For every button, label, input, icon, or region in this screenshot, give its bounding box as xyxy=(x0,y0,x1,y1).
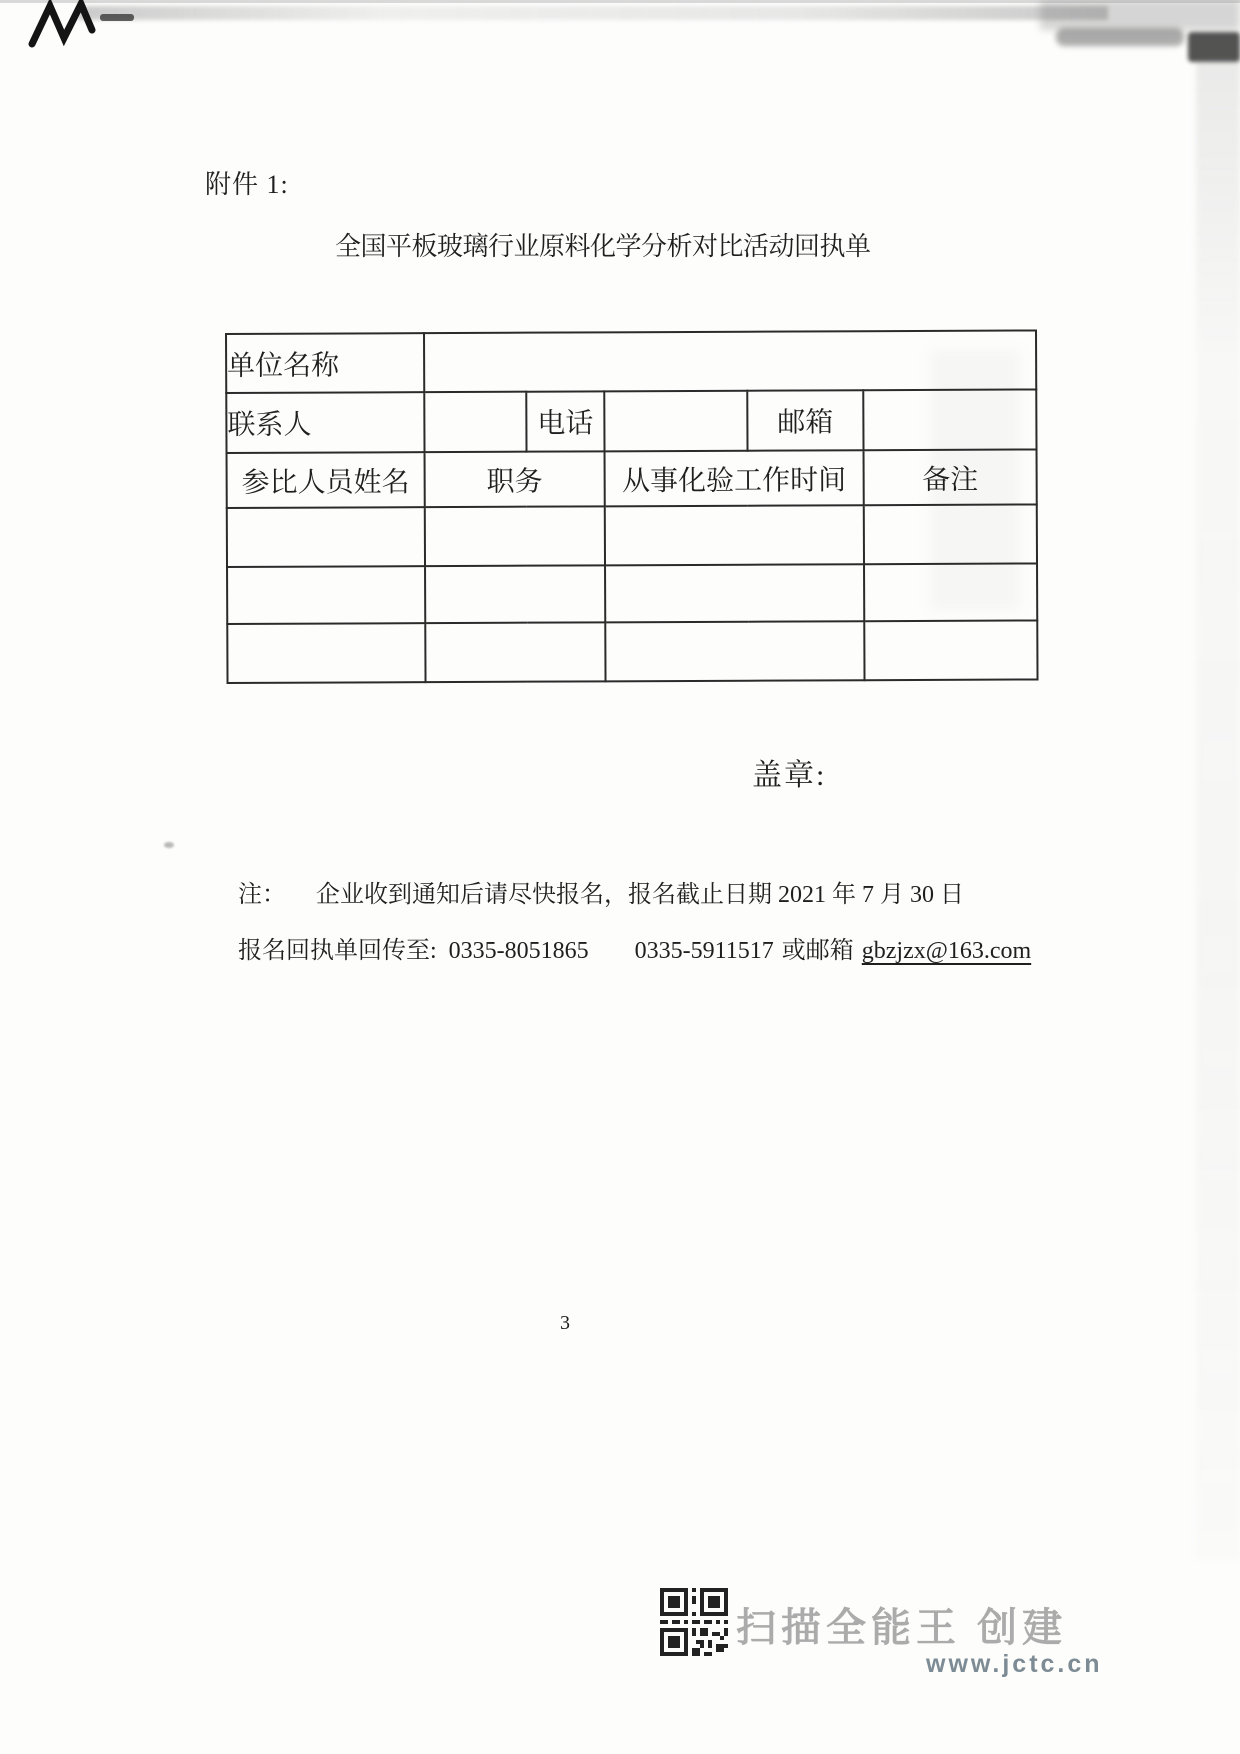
table-row-empty-1 xyxy=(227,504,1037,567)
email-value-cell xyxy=(863,389,1036,450)
work-time-header-cell: 从事化验工作时间 xyxy=(605,450,864,506)
table-cell xyxy=(864,504,1037,564)
table-cell xyxy=(864,563,1037,621)
position-header-cell: 职务 xyxy=(425,451,605,507)
contact-value-cell xyxy=(424,392,526,452)
table-cell xyxy=(605,621,864,681)
email-label-cell: 邮箱 xyxy=(747,390,863,451)
phone-label-cell: 电话 xyxy=(526,391,604,451)
fax-number-1: 0335-8051865 xyxy=(449,938,589,964)
document-title: 全国平板玻璃行业原料化学分析对比活动回执单 xyxy=(335,226,871,263)
scan-artifact-top-edge xyxy=(0,0,1240,3)
unit-name-value-cell xyxy=(424,330,1036,392)
seal-label: 盖章: xyxy=(752,750,826,794)
qr-code-icon xyxy=(660,1588,728,1656)
scanner-app-watermark: 扫描全能王 创建 xyxy=(736,1596,1067,1653)
table-row-contact: 联系人 电话 邮箱 xyxy=(226,389,1036,453)
table-cell xyxy=(425,565,605,623)
table-cell xyxy=(425,506,605,566)
or-email-label: 或邮箱 xyxy=(782,938,854,964)
contact-label-cell: 联系人 xyxy=(226,392,424,453)
table-cell xyxy=(227,566,425,624)
scan-artifact-top-right-wash xyxy=(1040,0,1240,30)
table-cell xyxy=(605,564,864,622)
website-watermark: www.jctc.cn xyxy=(926,1650,1103,1679)
scan-artifact-top-right-mark xyxy=(1188,32,1240,62)
note-line-return: 报名回执单回传至:0335-80518650335-5911517或邮箱gbzj… xyxy=(238,930,1031,965)
table-cell xyxy=(227,623,425,683)
note-text: 企业收到通知后请尽快报名，报名截止日期 2021 年 7 月 30 日 xyxy=(316,882,964,908)
table-header-row: 参比人员姓名 职务 从事化验工作时间 备注 xyxy=(227,449,1037,508)
table-row-unit-name: 单位名称 xyxy=(226,330,1036,393)
note-line-registration: 注：企业收到通知后请尽快报名，报名截止日期 2021 年 7 月 30 日 xyxy=(238,874,964,909)
fax-number-2: 0335-5911517 xyxy=(635,938,774,964)
table-cell xyxy=(425,622,605,682)
scanned-document-page: 附件 1: 全国平板玻璃行业原料化学分析对比活动回执单 单位名称 联系人 电话 … xyxy=(0,0,1240,1754)
table-row-empty-2 xyxy=(227,563,1037,624)
participant-name-header-cell: 参比人员姓名 xyxy=(227,452,425,508)
table-row-empty-3 xyxy=(227,620,1037,683)
table-cell xyxy=(864,620,1037,680)
return-prefix: 报名回执单回传至: xyxy=(238,938,437,964)
table-cell xyxy=(605,505,864,565)
scan-artifact-speck xyxy=(164,842,174,848)
scan-artifact-right-margin xyxy=(1196,60,1240,1560)
remark-header-cell: 备注 xyxy=(864,449,1037,505)
unit-name-label-cell: 单位名称 xyxy=(226,333,424,393)
note-prefix: 注： xyxy=(238,882,286,908)
attachment-label: 附件 1: xyxy=(205,164,289,201)
email-address: gbzjzx@163.com xyxy=(862,938,1031,964)
phone-value-cell xyxy=(604,391,747,452)
scan-artifact-top-right-streak xyxy=(1056,28,1184,46)
registration-form-table: 单位名称 联系人 电话 邮箱 参比人员姓名 职务 从事化验工作时间 备注 xyxy=(225,329,1039,684)
page-number: 3 xyxy=(540,1312,590,1335)
table-cell xyxy=(227,507,425,567)
scan-artifact-top-streak xyxy=(78,6,1108,20)
scan-artifact-top-left-scribble xyxy=(26,0,146,50)
